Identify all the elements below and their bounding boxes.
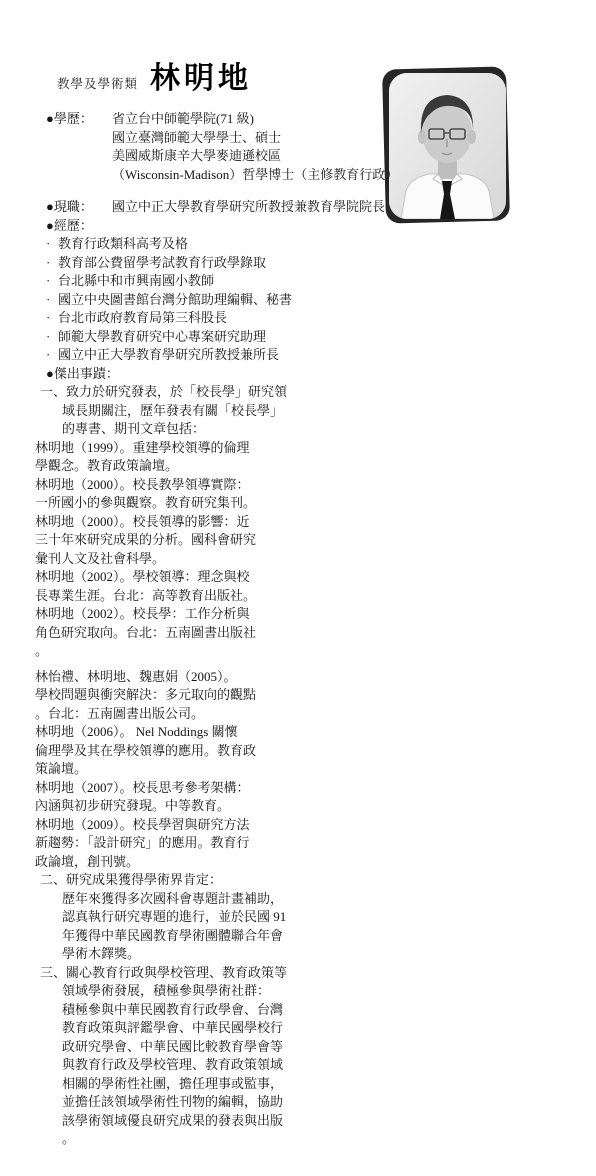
title-row: 教學及學術類 林明地 xyxy=(57,62,413,96)
publication-entry: 林明地（1999）。重建學校領導的倫理 學觀念。教育政策論壇。 xyxy=(35,439,413,476)
publication-entry: 林明地（2006）。 Nel Noddings 關懷 倫理學及其在學校領導的應用… xyxy=(35,723,413,779)
current-position-label: ●現職： xyxy=(46,198,112,217)
experience-item-text: 教育部公費留學考試教育行政學錄取 xyxy=(58,254,266,273)
experience-item: · 師範大學教育研究中心專案研究助理 xyxy=(46,328,413,347)
person-name: 林明地 xyxy=(150,62,252,96)
publication-entry: 林明地（2000）。校長領導的影響：近 三十年來研究成果的分析。國科會研究 彙刊… xyxy=(35,513,413,569)
education-section: ●學歷： 省立台中師範學院(71 級) 國立臺灣師範大學學士、碩士 美國威斯康辛… xyxy=(46,110,413,184)
publication-entry: 林明地（2000）。校長教學領導實際： 一所國小的參與觀察。教育研究集刊。 xyxy=(35,476,413,513)
achievement-number: 三、 xyxy=(40,965,66,980)
achievement-item-2: 二、研究成果獲得學術界肯定： 歷年來獲得多次國科會專題計畫補助， 認真執行研究專… xyxy=(40,871,413,964)
experience-item: · 國立中央圖書館台灣分館助理編輯、秘書 xyxy=(46,291,413,310)
experience-item: · 台北縣中和市興南國小教師 xyxy=(46,272,413,291)
experience-item-text: 台北市政府教育局第三科股長 xyxy=(58,309,227,328)
experience-item-text: 國立中正大學教育學研究所教授兼所長 xyxy=(58,346,279,365)
bullet-icon: · xyxy=(46,235,58,254)
achievement-item-1: 一、致力於研究發表，於「校長學」研究領 域長期關注，歷年發表有關「校長學」 的專… xyxy=(40,383,413,439)
bullet-icon: · xyxy=(46,328,58,347)
education-label: ●學歷： xyxy=(46,110,112,184)
publication-entry: 林怡禮、林明地、魏惠娟（2005）。 學校問題與衝突解決：多元取向的觀點 。台北… xyxy=(35,668,413,724)
category-label: 教學及學術類 xyxy=(57,75,138,94)
achievement-number: 一、 xyxy=(40,384,66,399)
experience-item-text: 教育行政類科高考及格 xyxy=(58,235,188,254)
publication-entry: 林明地（2009）。校長學習與研究方法 新趨勢：「設計研究」的應用。教育行 政論… xyxy=(35,816,413,872)
experience-item-text: 師範大學教育研究中心專案研究助理 xyxy=(58,328,266,347)
cv-document-page: 教學及學術類 林明地 ●學歷： 省立台中師範學院(71 級) 國立臺灣師範大學學… xyxy=(0,0,596,1176)
achievement-text: 致力於研究發表，於「校長學」研究領 域長期關注，歷年發表有關「校長學」 的專書、… xyxy=(62,384,287,436)
achievement-number: 二、 xyxy=(40,872,66,887)
achievement-text: 研究成果獲得學術界肯定： 歷年來獲得多次國科會專題計畫補助， 認真執行研究專題的… xyxy=(62,872,286,961)
bullet-icon: · xyxy=(46,291,58,310)
education-lines: 省立台中師範學院(71 級) 國立臺灣師範大學學士、碩士 美國威斯康辛大學麥迪遜… xyxy=(112,110,398,184)
experience-item: · 教育部公費留學考試教育行政學錄取 xyxy=(46,254,413,273)
publication-entry: 林明地（2002）。校長學：工作分析與 角色研究取向。台北：五南圖書出版社 。 xyxy=(35,605,413,661)
experience-label: ●經歷： xyxy=(46,217,413,236)
experience-item-text: 國立中央圖書館台灣分館助理編輯、秘書 xyxy=(58,291,292,310)
experience-item: · 教育行政類科高考及格 xyxy=(46,235,413,254)
experience-item: · 台北市政府教育局第三科股長 xyxy=(46,309,413,328)
experience-item-text: 台北縣中和市興南國小教師 xyxy=(58,272,214,291)
bullet-icon: · xyxy=(46,309,58,328)
publication-entry: 林明地（2007）。校長思考參考架構： 內涵與初步研究發現。中等教育。 xyxy=(35,779,413,816)
current-position-text: 國立中正大學教育學研究所教授兼教育學院院長 xyxy=(112,198,385,217)
achievement-item-3: 三、關心教育行政與學校管理、教育政策等 領域學術發展，積極參與學術社群： 積極參… xyxy=(40,964,413,1149)
publication-entry: 林明地（2002）。學校領導：理念與校 長專業生涯。台北：高等教育出版社。 xyxy=(35,568,413,605)
achievements-label: ●傑出事蹟： xyxy=(46,365,413,384)
experience-item: · 國立中正大學教育學研究所教授兼所長 xyxy=(46,346,413,365)
cv-content: 教學及學術類 林明地 ●學歷： 省立台中師範學院(71 級) 國立臺灣師範大學學… xyxy=(35,62,413,1149)
achievement-text: 關心教育行政與學校管理、教育政策等 領域學術發展，積極參與學術社群： 積極參與中… xyxy=(62,965,287,1147)
bullet-icon: · xyxy=(46,272,58,291)
current-position-section: ●現職： 國立中正大學教育學研究所教授兼教育學院院長 xyxy=(46,198,413,217)
bullet-icon: · xyxy=(46,254,58,273)
bullet-icon: · xyxy=(46,346,58,365)
